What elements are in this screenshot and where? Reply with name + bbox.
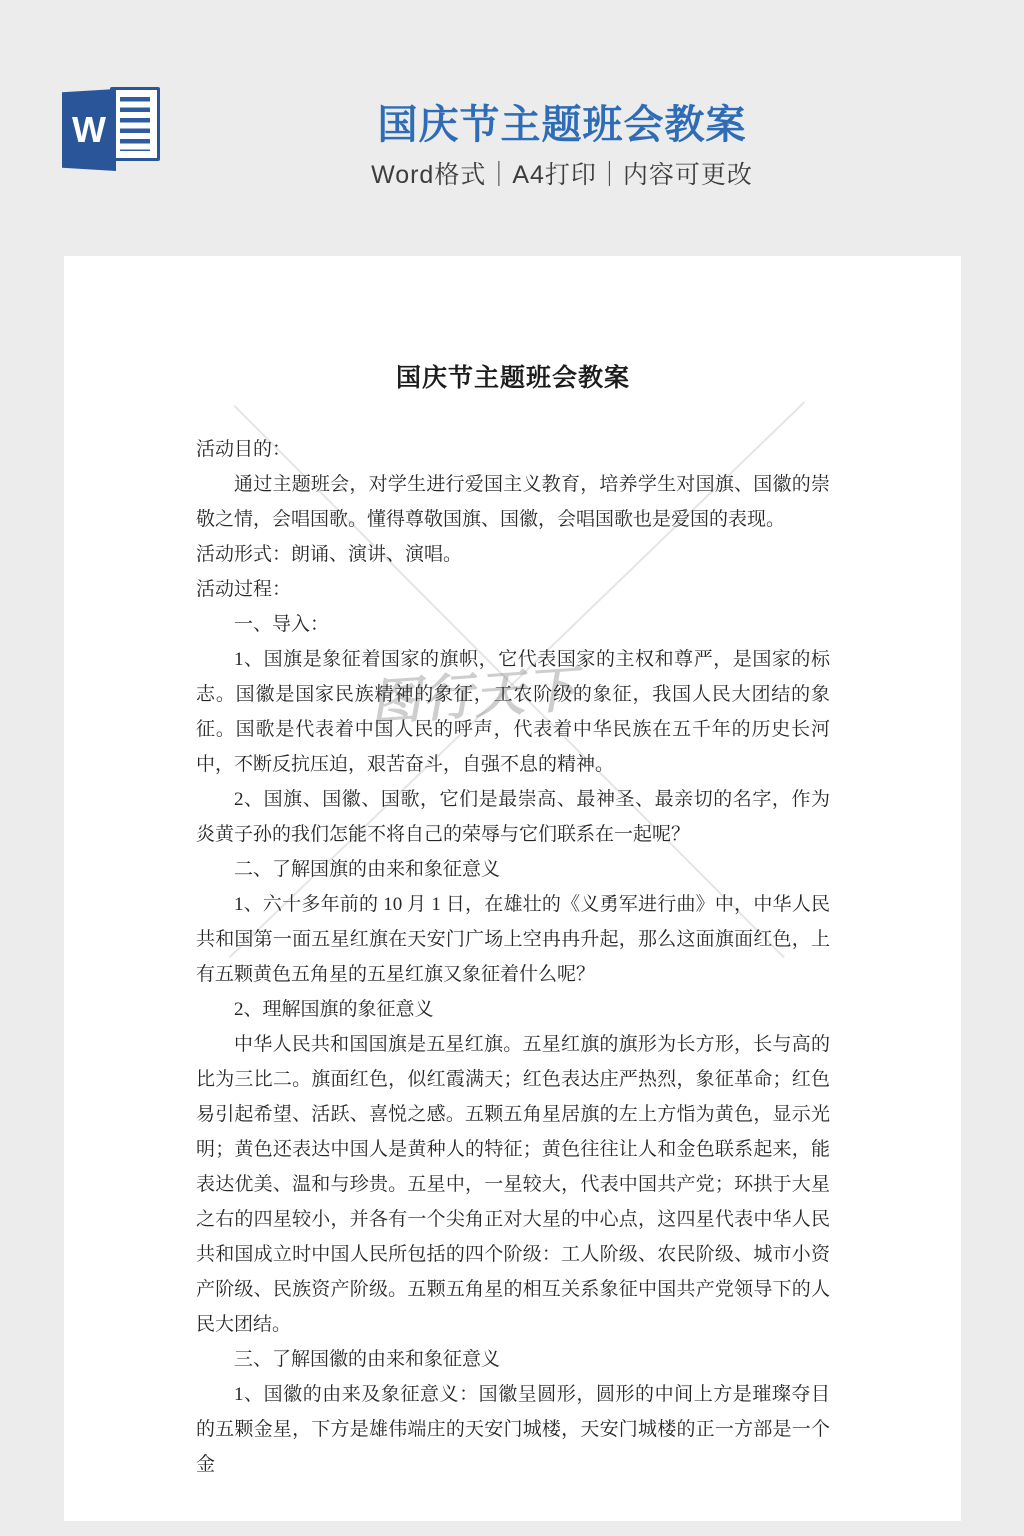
doc-paragraph: 2、理解国旗的象征意义 — [196, 992, 830, 1027]
doc-paragraph: 1、国旗是象征着国家的旗帜，它代表国家的主权和尊严，是国家的标志。国徽是国家民族… — [196, 642, 830, 782]
document-body: 活动目的：通过主题班会，对学生进行爱国主义教育，培养学生对国旗、国徽的崇敬之情，… — [196, 432, 830, 1482]
doc-paragraph: 通过主题班会，对学生进行爱国主义教育，培养学生对国旗、国徽的崇敬之情，会唱国歌。… — [196, 467, 830, 537]
page-background: { "header": { "title": "国庆节主题班会教案", "sub… — [0, 0, 1024, 1536]
doc-paragraph: 2、国旗、国徽、国歌，它们是最崇高、最神圣、最亲切的名字，作为炎黄子孙的我们怎能… — [196, 782, 830, 852]
word-logo-panel-icon: W — [62, 89, 116, 171]
doc-paragraph: 1、国徽的由来及象征意义：国徽呈圆形，圆形的中间上方是璀璨夺目的五颗金星，下方是… — [196, 1377, 830, 1482]
page-subtitle: Word格式｜A4打印｜内容可更改 — [162, 155, 962, 191]
word-logo-letter: W — [72, 112, 106, 148]
word-file-icon: W — [62, 84, 162, 172]
document-lines-icon — [120, 97, 150, 151]
document-page: 图行天下 国庆节主题班会教案 活动目的：通过主题班会，对学生进行爱国主义教育，培… — [64, 256, 961, 1521]
doc-paragraph: 活动形式：朗诵、演讲、演唱。 — [196, 537, 830, 572]
word-document-sheet-icon — [110, 87, 160, 161]
site-header: W 国庆节主题班会教案 Word格式｜A4打印｜内容可更改 — [0, 0, 1024, 256]
header-text: 国庆节主题班会教案 Word格式｜A4打印｜内容可更改 — [162, 0, 962, 256]
page-title: 国庆节主题班会教案 — [162, 93, 962, 150]
doc-paragraph: 三、了解国徽的由来和象征意义 — [196, 1342, 830, 1377]
doc-paragraph: 活动过程： — [196, 572, 830, 607]
doc-paragraph: 中华人民共和国国旗是五星红旗。五星红旗的旗形为长方形，长与高的比为三比二。旗面红… — [196, 1027, 830, 1342]
document-title: 国庆节主题班会教案 — [196, 358, 830, 394]
doc-paragraph: 1、六十多年前的 10 月 1 日，在雄壮的《义勇军进行曲》中，中华人民共和国第… — [196, 887, 830, 992]
doc-paragraph: 活动目的： — [196, 432, 830, 467]
doc-paragraph: 一、导入： — [196, 607, 830, 642]
doc-paragraph: 二、了解国旗的由来和象征意义 — [196, 852, 830, 887]
